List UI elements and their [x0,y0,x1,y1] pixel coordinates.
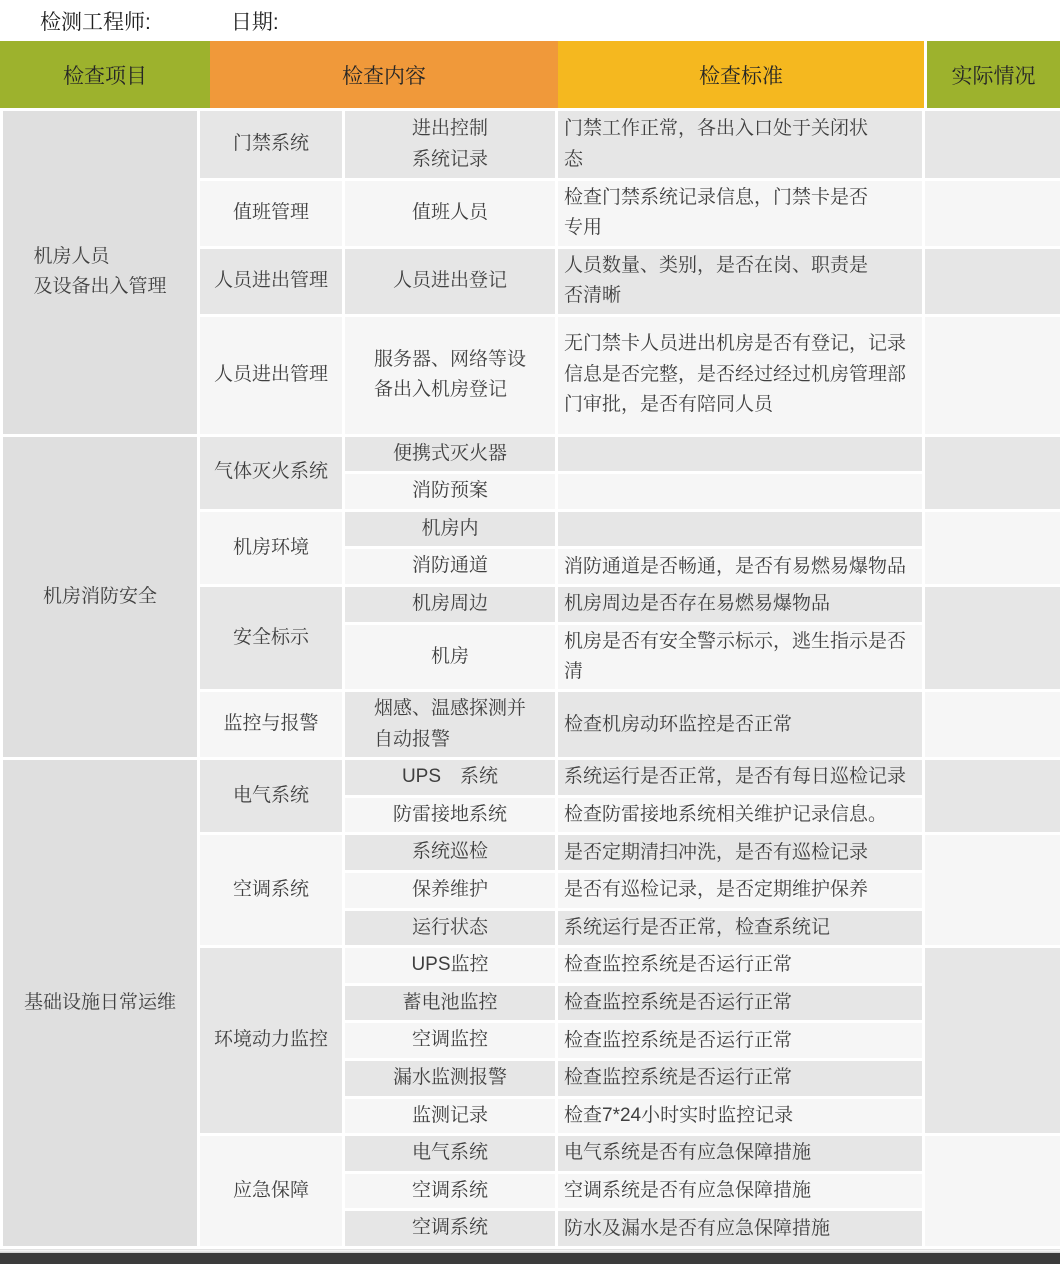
item-cell: 漏水监测报警 [344,1060,557,1098]
item-cell: 机房 [344,623,557,691]
standard-cell: 空调系统是否有应急保障措施 [557,1172,924,1210]
standard-cell: 门禁工作正常，各出入口处于关闭状 态 [557,110,924,180]
actual-cell [924,1135,1060,1248]
standard-cell: 防水及漏水是否有应急保障措施 [557,1210,924,1248]
engineer-label: 检测工程师: [40,6,151,36]
inspection-checklist-table: 机房人员 及设备出入管理门禁系统进出控制 系统记录门禁工作正常，各出入口处于关闭… [0,108,1060,1249]
actual-cell [924,947,1060,1135]
item-cell-text: 空调系统 [412,1213,488,1243]
standard-cell: 机房周边是否存在易燃易爆物品 [557,586,924,624]
category-cell: 电气系统 [199,759,344,834]
actual-cell [924,435,1060,510]
item-cell: 系统巡检 [344,834,557,872]
group-cell: 机房人员 及设备出入管理 [2,110,199,436]
item-cell: 机房周边 [344,586,557,624]
group-cell: 基础设施日常运维 [2,759,199,1248]
standard-cell-text: 电气系统是否有应急保障措施 [564,1138,916,1168]
item-cell-text: 便携式灭火器 [393,439,507,469]
standard-cell: 是否定期清扫冲洗，是否有巡检记录 [557,834,924,872]
col-header-content: 检查内容 [210,41,558,108]
item-cell: 运行状态 [344,909,557,947]
item-cell-text: 电气系统 [412,1138,488,1168]
standard-cell-text: 检查防雷接地系统相关维护记录信息。 [564,800,916,830]
standard-cell-text: 消防通道是否畅通，是否有易燃易爆物品 [564,552,916,582]
category-cell-text: 机房环境 [233,533,309,563]
item-cell: 蓄电池监控 [344,984,557,1022]
standard-cell-text: 防水及漏水是否有应急保障措施 [564,1214,916,1244]
actual-cell [924,180,1060,248]
category-cell: 人员进出管理 [199,247,344,315]
category-cell: 气体灭火系统 [199,435,344,510]
item-cell: 电气系统 [344,1135,557,1173]
item-cell: 消防通道 [344,548,557,586]
standard-cell-text: 系统运行是否正常，是否有每日巡检记录 [564,762,916,792]
item-cell-text: 防雷接地系统 [393,800,507,830]
col-header-standard: 检查标准 [558,41,924,108]
item-cell-text: 机房周边 [412,589,488,619]
group-cell-text: 机房人员 及设备出入管理 [33,242,166,303]
group-cell: 机房消防安全 [2,435,199,759]
standard-cell: 检查监控系统是否运行正常 [557,1022,924,1060]
item-cell: 监测记录 [344,1097,557,1135]
item-cell: UPS监控 [344,947,557,985]
standard-cell: 系统运行是否正常，是否有每日巡检记录 [557,759,924,797]
category-cell-text: 安全标示 [233,623,309,653]
item-cell-text: 服务器、网络等设 备出入机房登记 [374,345,526,406]
item-cell-text: 漏水监测报警 [393,1063,507,1093]
standard-cell-text: 检查门禁系统记录信息，门禁卡是否 专用 [564,183,916,244]
standard-cell-text: 检查机房动环监控是否正常 [564,710,916,740]
standard-cell: 检查机房动环监控是否正常 [557,691,924,759]
item-cell-text: 机房内 [421,514,478,544]
item-cell-text: 空调系统 [412,1176,488,1206]
standard-cell [557,435,924,473]
category-cell: 人员进出管理 [199,315,344,435]
item-cell-text: 消防通道 [412,551,488,581]
item-cell-text: 运行状态 [412,913,488,943]
standard-cell-text: 空调系统是否有应急保障措施 [564,1176,916,1206]
item-cell: 防雷接地系统 [344,796,557,834]
item-cell-text: 蓄电池监控 [402,988,497,1018]
standard-cell: 消防通道是否畅通，是否有易燃易爆物品 [557,548,924,586]
standard-cell: 检查防雷接地系统相关维护记录信息。 [557,796,924,834]
standard-cell-text: 检查监控系统是否运行正常 [564,950,916,980]
category-cell-text: 电气系统 [233,781,309,811]
table-row: 机房消防安全气体灭火系统便携式灭火器 [2,435,1060,473]
standard-cell: 检查门禁系统记录信息，门禁卡是否 专用 [557,180,924,248]
standard-cell-text: 系统运行是否正常，检查系统记 [564,913,916,943]
standard-cell-text: 门禁工作正常，各出入口处于关闭状 态 [564,114,916,175]
item-cell-text: 监测记录 [412,1101,488,1131]
standard-cell: 系统运行是否正常，检查系统记 [557,909,924,947]
actual-cell [924,315,1060,435]
item-cell-text: 进出控制 系统记录 [412,114,488,175]
standard-cell-text: 检查监控系统是否运行正常 [564,1026,916,1056]
item-cell: 空调系统 [344,1210,557,1248]
item-cell: 空调系统 [344,1172,557,1210]
category-cell-text: 门禁系统 [233,129,309,159]
standard-cell-text: 无门禁卡人员进出机房是否有登记，记录 信息是否完整，是否经过经过机房管理部 门审… [564,329,916,420]
item-cell-text: UPS监控 [411,950,488,980]
category-cell-text: 人员进出管理 [214,360,328,390]
item-cell: 保养维护 [344,872,557,910]
actual-cell [924,834,1060,947]
standard-cell: 是否有巡检记录，是否定期维护保养 [557,872,924,910]
category-cell-text: 气体灭火系统 [214,457,328,487]
category-cell: 环境动力监控 [199,947,344,1135]
col-header-actual: 实际情况 [927,41,1060,108]
item-cell-text: 人员进出登记 [393,266,507,296]
category-cell: 监控与报警 [199,691,344,759]
item-cell: 烟感、温感探测并 自动报警 [344,691,557,759]
standard-cell: 检查监控系统是否运行正常 [557,1060,924,1098]
actual-cell [924,247,1060,315]
item-cell-text: 保养维护 [412,875,488,905]
top-label-band: 检测工程师: 日期: [0,0,1060,41]
standard-cell-text: 检查7*24小时实时监控记录 [564,1101,916,1131]
table-header-band: 检查项目 检查内容 检查标准 实际情况 [0,41,1060,108]
table-row: 基础设施日常运维电气系统UPS 系统系统运行是否正常，是否有每日巡检记录 [2,759,1060,797]
category-cell-text: 人员进出管理 [214,266,328,296]
item-cell: UPS 系统 [344,759,557,797]
standard-cell: 检查监控系统是否运行正常 [557,947,924,985]
category-cell: 机房环境 [199,510,344,585]
item-cell-text: 机房 [431,642,469,672]
item-cell-text: 系统巡检 [412,837,488,867]
item-cell: 服务器、网络等设 备出入机房登记 [344,315,557,435]
standard-cell-text: 是否有巡检记录，是否定期维护保养 [564,875,916,905]
category-cell-text: 值班管理 [233,198,309,228]
item-cell: 便携式灭火器 [344,435,557,473]
standard-cell-text: 检查监控系统是否运行正常 [564,1063,916,1093]
item-cell: 消防预案 [344,473,557,511]
item-cell-text: 空调监控 [412,1025,488,1055]
group-cell-text: 机房消防安全 [43,582,157,612]
item-cell-text: UPS 系统 [402,762,498,792]
category-cell: 值班管理 [199,180,344,248]
actual-cell [924,691,1060,759]
standard-cell-text: 检查监控系统是否运行正常 [564,988,916,1018]
standard-cell-text: 是否定期清扫冲洗，是否有巡检记录 [564,838,916,868]
standard-cell [557,510,924,548]
item-cell-text: 消防预案 [412,476,488,506]
item-cell: 进出控制 系统记录 [344,110,557,180]
bottom-bar [0,1253,1060,1264]
standard-cell: 检查监控系统是否运行正常 [557,984,924,1022]
actual-cell [924,759,1060,834]
category-cell: 应急保障 [199,1135,344,1248]
table-row: 机房人员 及设备出入管理门禁系统进出控制 系统记录门禁工作正常，各出入口处于关闭… [2,110,1060,180]
item-cell-text: 值班人员 [412,198,488,228]
item-cell: 值班人员 [344,180,557,248]
group-cell-text: 基础设施日常运维 [24,988,176,1018]
category-cell: 空调系统 [199,834,344,947]
standard-cell: 机房是否有安全警示标示，逃生指示是否清 [557,623,924,691]
category-cell: 门禁系统 [199,110,344,180]
category-cell-text: 监控与报警 [223,709,318,739]
actual-cell [924,510,1060,585]
item-cell: 空调监控 [344,1022,557,1060]
standard-cell-text: 机房周边是否存在易燃易爆物品 [564,589,916,619]
actual-cell [924,110,1060,180]
standard-cell: 人员数量、类别，是否在岗、职责是 否清晰 [557,247,924,315]
date-label: 日期: [231,6,279,36]
standard-cell: 检查7*24小时实时监控记录 [557,1097,924,1135]
standard-cell: 无门禁卡人员进出机房是否有登记，记录 信息是否完整，是否经过经过机房管理部 门审… [557,315,924,435]
category-cell-text: 应急保障 [233,1176,309,1206]
item-cell: 人员进出登记 [344,247,557,315]
category-cell-text: 环境动力监控 [214,1025,328,1055]
category-cell-text: 空调系统 [233,875,309,905]
item-cell: 机房内 [344,510,557,548]
standard-cell [557,473,924,511]
standard-cell: 电气系统是否有应急保障措施 [557,1135,924,1173]
actual-cell [924,586,1060,691]
col-header-item: 检查项目 [0,41,210,108]
standard-cell-text: 人员数量、类别，是否在岗、职责是 否清晰 [564,251,916,312]
category-cell: 安全标示 [199,586,344,691]
standard-cell-text: 机房是否有安全警示标示，逃生指示是否清 [564,627,916,688]
item-cell-text: 烟感、温感探测并 自动报警 [374,694,526,755]
